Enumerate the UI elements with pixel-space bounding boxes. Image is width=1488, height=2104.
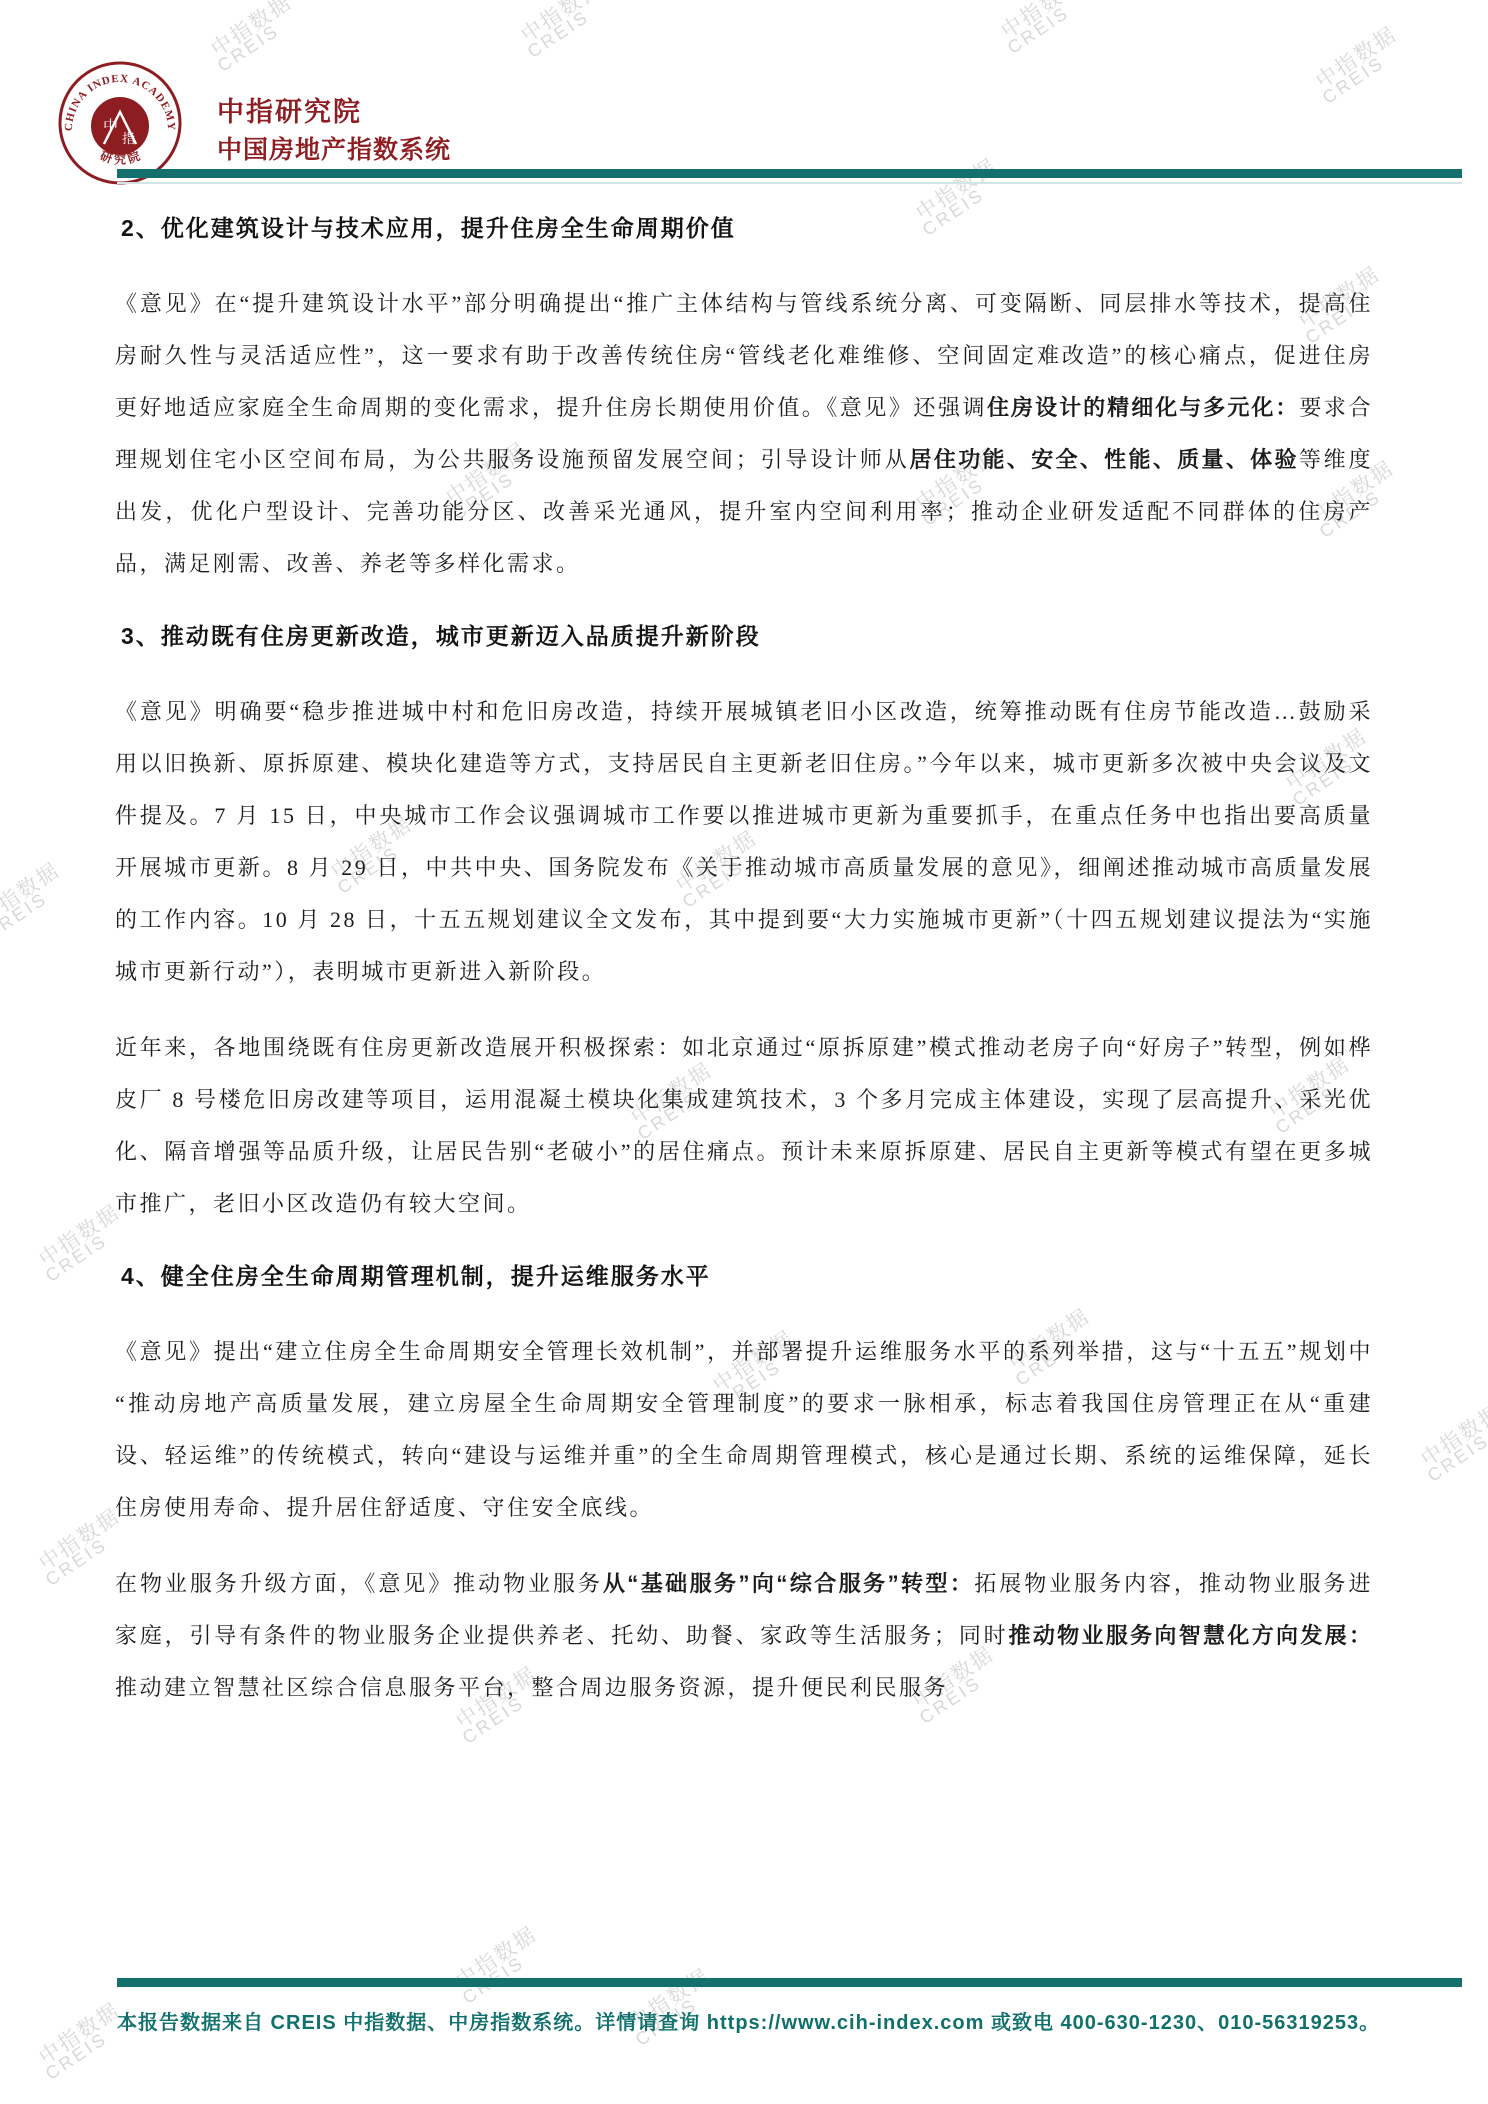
header-titles: 中指研究院 中国房地产指数系统	[217, 60, 451, 166]
section-heading-3: 3、推动既有住房更新改造，城市更新迈入品质提升新阶段	[121, 620, 1373, 652]
paragraph: 《意见》明确要“稳步推进城中村和危旧房改造，持续开展城镇老旧小区改造，统筹推动既…	[115, 686, 1373, 998]
footer-note: 本报告数据来自 CREIS 中指数据、中房指数系统。详情请查询 https://…	[117, 2008, 1462, 2038]
report-body: 2、优化建筑设计与技术应用，提升住房全生命周期价值 《意见》在“提升建筑设计水平…	[115, 200, 1373, 1738]
emphasis-text: 从“基础服务”向“综合服务”转型：	[603, 1571, 975, 1596]
page-header: CHINA INDEX ACADEMY 中 指 研 究 院 中指研究院 中国房地…	[57, 60, 451, 186]
logo-inner-char-2: 指	[122, 131, 135, 146]
footer-link[interactable]: https://www.cih-index.com	[707, 2012, 985, 2034]
header-divider	[117, 169, 1462, 178]
emphasis-text: 居住功能、安全、性能、质量、体验	[910, 447, 1299, 472]
body-text: 推动建立智慧社区综合信息服务平台，整合周边服务资源，提升便民利民服务	[115, 1675, 948, 1700]
footer-note-prefix: 本报告数据来自 CREIS 中指数据、中房指数系统。详情请查询	[117, 2012, 707, 2034]
watermark: 中指数据CREIS	[998, 0, 1095, 55]
paragraph: 在物业服务升级方面，《意见》推动物业服务从“基础服务”向“综合服务”转型：拓展物…	[115, 1558, 1373, 1714]
section-heading-4: 4、健全住房全生命周期管理机制，提升运维服务水平	[121, 1260, 1373, 1292]
watermark: 中指数据CREIS	[453, 1923, 550, 2005]
emphasis-text: 推动物业服务向智慧化方向发展：	[1009, 1623, 1373, 1648]
paragraph: 近年来，各地围绕既有住房更新改造展开积极探索：如北京通过“原拆原建”模式推动老房…	[115, 1022, 1373, 1230]
watermark: 中指数据CREIS	[0, 859, 72, 941]
report-page: 中指数据CREIS 中指数据CREIS 中指数据CREIS 中指数据CREIS …	[0, 0, 1488, 2104]
footer-divider	[117, 1978, 1462, 1987]
footer-note-suffix: 或致电 400-630-1230、010-56319253。	[984, 2012, 1380, 2034]
body-text: 《意见》明确要“稳步推进城中村和危旧房改造，持续开展城镇老旧小区改造，统筹推动既…	[115, 699, 1373, 984]
system-name: 中国房地产指数系统	[217, 134, 451, 167]
china-index-academy-logo-icon: CHINA INDEX ACADEMY 中 指 研 究 院	[57, 60, 183, 186]
body-text: 《意见》提出“建立住房全生命周期安全管理长效机制”，并部署提升运维服务水平的系列…	[115, 1339, 1373, 1520]
paragraph: 《意见》提出“建立住房全生命周期安全管理长效机制”，并部署提升运维服务水平的系列…	[115, 1326, 1373, 1534]
body-text: 近年来，各地围绕既有住房更新改造展开积极探索：如北京通过“原拆原建”模式推动老房…	[115, 1035, 1373, 1216]
org-name: 中指研究院	[217, 96, 451, 130]
emphasis-text: 住房设计的精细化与多元化：	[987, 395, 1299, 420]
paragraph: 《意见》在“提升建筑设计水平”部分明确提出“推广主体结构与管线系统分离、可变隔断…	[115, 278, 1373, 590]
watermark: 中指数据CREIS	[1313, 23, 1410, 105]
body-text: 在物业服务升级方面，《意见》推动物业服务	[115, 1571, 603, 1596]
watermark: 中指数据CREIS	[518, 0, 615, 59]
logo-inner-char-1: 中	[103, 118, 118, 135]
watermark: 中指数据CREIS	[1418, 1401, 1488, 1483]
section-heading-2: 2、优化建筑设计与技术应用，提升住房全生命周期价值	[121, 212, 1373, 244]
